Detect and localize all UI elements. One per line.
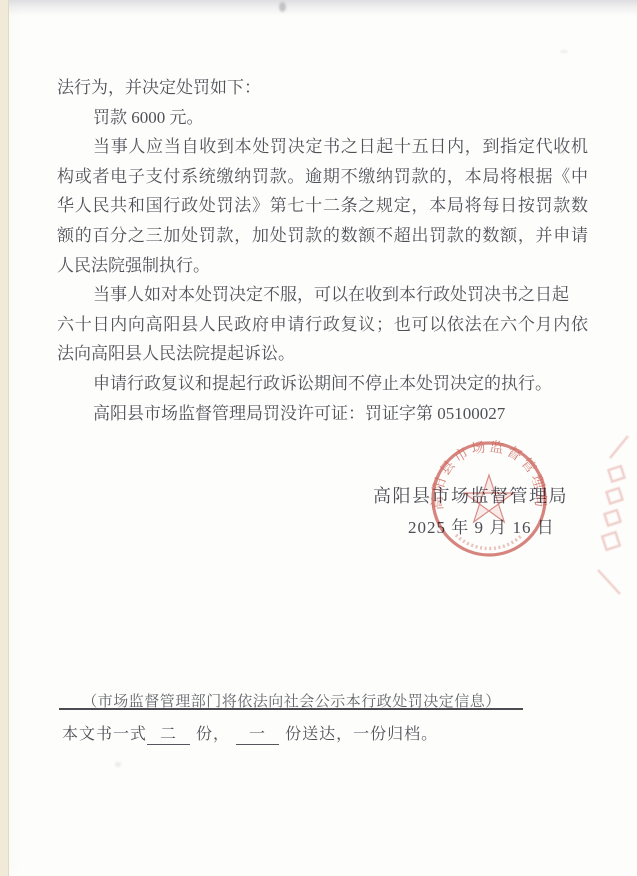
scanned-penalty-document: 法行为，并决定处罚如下： 罚款 6000 元。 当事人应当自收到本处罚决定书之日…: [0, 0, 637, 876]
license-number-line: 高阳县市场监督管理局罚没许可证：罚证字第 05100027: [57, 399, 588, 429]
penalty-amount-line: 罚款 6000 元。: [57, 103, 588, 133]
body-line: 当事人如对本处罚决定不服，可以在收到本行政处罚决书之日起: [57, 280, 588, 310]
scan-smudge: [115, 762, 121, 767]
copies-prefix: 本文书一式: [62, 726, 147, 743]
body-line: 法向高阳县人民法院提起诉讼。: [57, 339, 588, 369]
svg-text:高阳县市场监督管理局: 高阳县市场监督管理局: [429, 438, 549, 511]
body-line: 人民法院强制执行。: [57, 251, 588, 281]
copies-count-blank: 二: [147, 721, 190, 745]
seal-code-microtext: [456, 535, 522, 549]
official-seal-stamp: 高阳县市场监督管理局: [424, 434, 554, 564]
scan-top-shadow: [0, 0, 637, 16]
body-line: 华人民共和国行政处罚法》第七十二条之规定，本局将每日按罚款数: [57, 191, 588, 221]
seal-star-icon: [464, 475, 513, 522]
body-line: 额的百分之三加处罚款，加处罚款的数额不超出罚款的数额，并申请: [57, 221, 588, 251]
body-line: 当事人应当自收到本处罚决定书之日起十五日内，到指定代收机: [57, 132, 588, 162]
document-body: 法行为，并决定处罚如下： 罚款 6000 元。 当事人应当自收到本处罚决定书之日…: [57, 73, 588, 428]
body-line: 构或者电子支付系统缴纳罚款。逾期不缴纳罚款的，本局将根据《中: [57, 162, 588, 192]
copies-suffix: 份送达，一份归档。: [285, 726, 438, 743]
body-line: 六十日内向高阳县人民政府申请行政复议；也可以依法在六个月内依: [57, 310, 588, 340]
delivery-count-blank: 一: [236, 721, 279, 745]
copies-statement: 本文书一式二份，一份送达，一份归档。: [62, 721, 438, 745]
footer-rule: [59, 708, 523, 710]
body-line: 申请行政复议和提起行政诉讼期间不停止本处罚决定的执行。: [57, 369, 588, 399]
scan-left-edge-strip: [0, 0, 9, 876]
body-line: 法行为，并决定处罚如下：: [57, 73, 588, 103]
seal-arc-text: 高阳县市场监督管理局: [429, 438, 549, 511]
copies-mid: 份，: [196, 726, 230, 743]
edge-stamp-fragment: [594, 424, 637, 614]
scan-smudge: [560, 50, 568, 53]
scan-smudge: [279, 2, 286, 12]
